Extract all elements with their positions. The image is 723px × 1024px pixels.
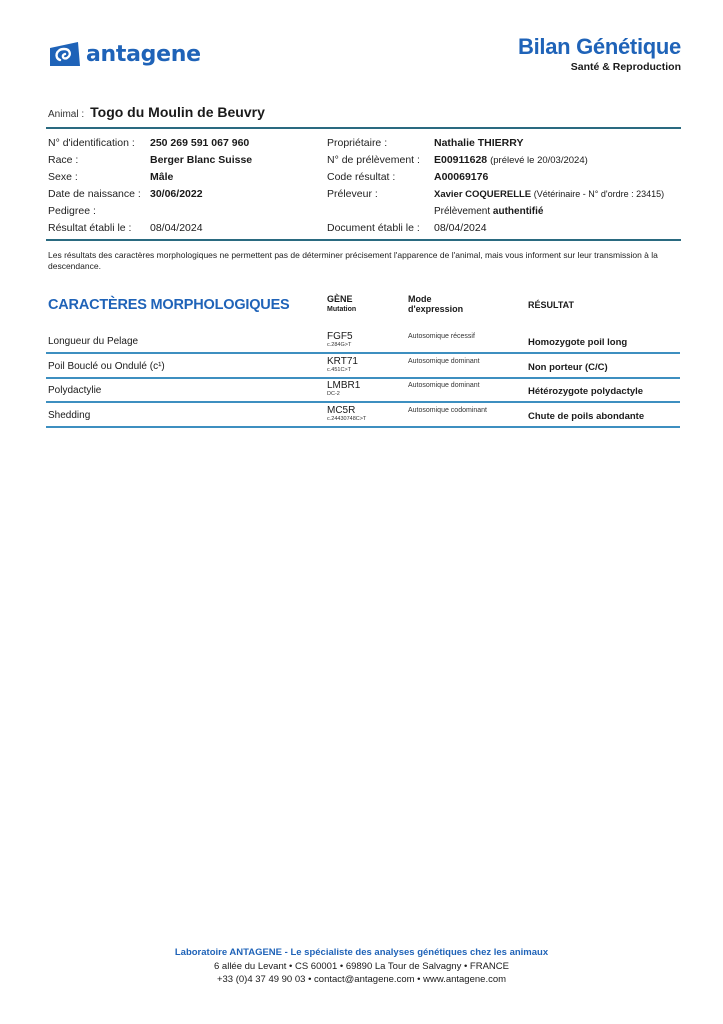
header-gene: GÈNE Mutation bbox=[327, 294, 356, 315]
gene-name: KRT71 bbox=[327, 356, 358, 367]
field-value: 08/04/2024 bbox=[150, 220, 203, 237]
field-value: Berger Blanc Suisse bbox=[150, 152, 252, 169]
report-subtitle: Santé & Reproduction bbox=[518, 61, 681, 73]
field-label: Résultat établi le : bbox=[48, 222, 131, 234]
mode-cell: Autosomique dominant bbox=[408, 382, 480, 389]
doc-date-value: 08/04/2024 bbox=[434, 220, 487, 237]
header-result: RÉSULTAT bbox=[528, 300, 574, 310]
sampler-note: (Vétérinaire - N° d'ordre : 23415) bbox=[534, 189, 664, 199]
trait-cell: Poil Bouclé ou Ondulé (c¹) bbox=[48, 361, 165, 372]
sampler-name: Xavier COQUERELLE bbox=[434, 189, 531, 200]
mutation-code: c.284G>T bbox=[327, 342, 353, 349]
disclaimer-text: Les résultats des caractères morphologiq… bbox=[48, 250, 678, 271]
auth-status: authentifié bbox=[493, 206, 544, 217]
owner-label: Propriétaire : bbox=[327, 135, 387, 152]
field-race: Race : bbox=[48, 152, 78, 169]
mutation-code: c.24430748C>T bbox=[327, 416, 366, 423]
field-pedigree: Pedigree : bbox=[48, 203, 96, 220]
sampler-value: Xavier COQUERELLE (Vétérinaire - N° d'or… bbox=[434, 186, 664, 203]
report-title-block: Bilan Génétique Santé & Reproduction bbox=[518, 34, 681, 73]
field-identification: N° d'identification : bbox=[48, 135, 135, 152]
result-cell: Hétérozygote polydactyle bbox=[528, 386, 643, 397]
sample-number: E00911628 bbox=[434, 154, 487, 166]
owner-value: Nathalie THIERRY bbox=[434, 135, 523, 152]
animal-label: Animal : bbox=[48, 109, 84, 120]
gene-cell: LMBR1DC-2 bbox=[327, 381, 360, 398]
header-mutation-label: Mutation bbox=[327, 305, 356, 315]
field-label: Sexe : bbox=[48, 171, 78, 183]
footer-address: 6 allée du Levant • CS 60001 • 69890 La … bbox=[0, 960, 723, 974]
sample-date-note: (prélevé le 20/03/2024) bbox=[490, 155, 588, 166]
brand-name: antagene bbox=[86, 42, 201, 67]
row-divider bbox=[46, 377, 680, 379]
animal-name: Togo du Moulin de Beuvry bbox=[90, 104, 265, 120]
divider bbox=[46, 239, 681, 241]
result-cell: Chute de poils abondante bbox=[528, 411, 644, 422]
antagene-logo: antagene bbox=[48, 40, 201, 68]
mode-cell: Autosomique récessif bbox=[408, 333, 475, 340]
doc-date-label: Document établi le : bbox=[327, 220, 420, 237]
field-value: 30/06/2022 bbox=[150, 186, 203, 203]
field-label: Race : bbox=[48, 154, 78, 166]
mutation-code: DC-2 bbox=[327, 391, 360, 398]
mutation-code: c.451C>T bbox=[327, 367, 358, 374]
report-title: Bilan Génétique bbox=[518, 34, 681, 60]
sample-value: E00911628 (prélevé le 20/03/2024) bbox=[434, 152, 588, 169]
gene-name: MC5R bbox=[327, 405, 355, 416]
gene-name: LMBR1 bbox=[327, 380, 360, 391]
field-value: Mâle bbox=[150, 169, 173, 186]
footer: Laboratoire ANTAGENE - Le spécialiste de… bbox=[0, 946, 723, 987]
field-label: Date de naissance : bbox=[48, 188, 141, 200]
row-divider bbox=[46, 426, 680, 428]
field-label: Pedigree : bbox=[48, 205, 96, 217]
section-title: CARACTÈRES MORPHOLOGIQUES bbox=[48, 297, 290, 313]
footer-lab: Laboratoire ANTAGENE - Le spécialiste de… bbox=[0, 946, 723, 960]
gene-cell: KRT71c.451C>T bbox=[327, 357, 358, 374]
trait-cell: Longueur du Pelage bbox=[48, 336, 138, 347]
result-cell: Non porteur (C/C) bbox=[528, 362, 608, 373]
antagene-swirl-logo-icon bbox=[48, 40, 82, 68]
field-sexe: Sexe : bbox=[48, 169, 78, 186]
code-label: Code résultat : bbox=[327, 169, 395, 186]
divider bbox=[46, 127, 681, 129]
gene-cell: FGF5c.284G>T bbox=[327, 332, 353, 349]
field-value: 250 269 591 067 960 bbox=[150, 135, 249, 152]
code-value: A00069176 bbox=[434, 169, 488, 186]
header-gene-label: GÈNE bbox=[327, 294, 353, 304]
gene-cell: MC5Rc.24430748C>T bbox=[327, 406, 366, 423]
animal-heading: Animal : Togo du Moulin de Beuvry bbox=[48, 104, 265, 120]
field-result-date: Résultat établi le : bbox=[48, 220, 131, 237]
header-mode: Mode d'expression bbox=[408, 294, 478, 314]
field-birthdate: Date de naissance : bbox=[48, 186, 141, 203]
field-label: N° d'identification : bbox=[48, 137, 135, 149]
mode-cell: Autosomique dominant bbox=[408, 358, 480, 365]
authentication: Prélèvement authentifié bbox=[434, 203, 543, 220]
row-divider bbox=[46, 352, 680, 354]
trait-cell: Shedding bbox=[48, 410, 90, 421]
gene-name: FGF5 bbox=[327, 331, 353, 342]
auth-prefix: Prélèvement bbox=[434, 206, 490, 217]
trait-cell: Polydactylie bbox=[48, 385, 101, 396]
mode-cell: Autosomique codominant bbox=[408, 407, 487, 414]
footer-contact: +33 (0)4 37 49 90 03 • contact@antagene.… bbox=[0, 973, 723, 987]
result-cell: Homozygote poil long bbox=[528, 337, 627, 348]
sampler-label: Préleveur : bbox=[327, 186, 378, 203]
sample-label: N° de prélèvement : bbox=[327, 152, 420, 169]
row-divider bbox=[46, 401, 680, 403]
